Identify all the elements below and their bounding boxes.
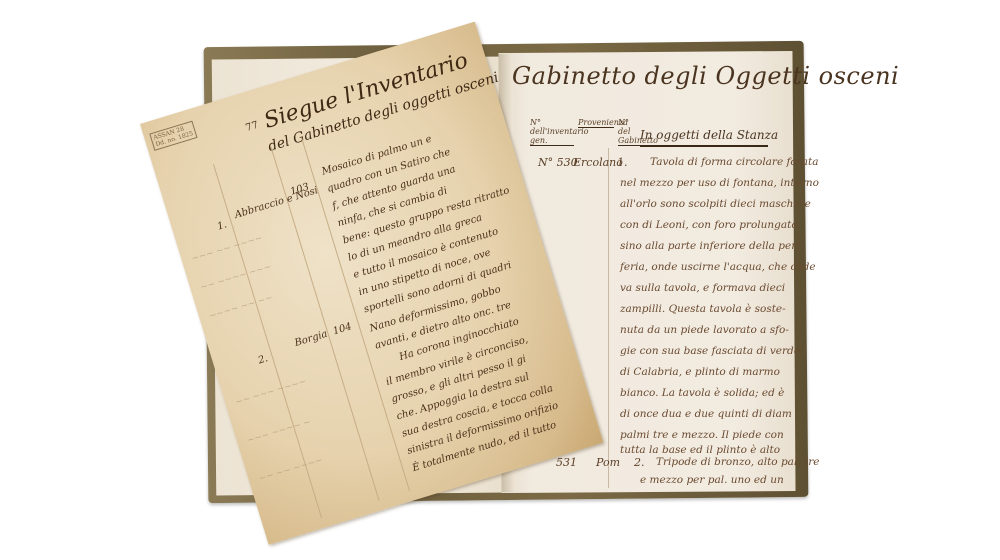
- text-line: bianco. La tavola è solida; ed è: [620, 387, 784, 399]
- entry-cabinet-no: 1.: [617, 156, 628, 169]
- page-number: 77: [244, 120, 259, 134]
- text-line: tutta la base ed il plinto è alto: [620, 444, 780, 456]
- entry-provenance: Borgia: [293, 329, 328, 349]
- faded-text: ~~ ~~~ ~~~~: [234, 377, 307, 408]
- section-heading: In oggetti della Stanza: [640, 128, 778, 142]
- text-line: con di Leoni, con foro prolungato: [620, 219, 798, 231]
- manuscripts-photo: Gabinetto degli Oggetti osceni N° dell'i…: [0, 0, 1000, 560]
- text-line: di Calabria, e plinto di marmo: [620, 366, 780, 378]
- column-header-inventory: N° dell'inventario gen.: [530, 118, 574, 146]
- archive-stamp: ASSAN 28 Dd. no. 1825: [149, 121, 197, 151]
- margin-rule: [608, 148, 609, 488]
- entry-number: N° 530: [538, 156, 578, 169]
- entry-index: 1.: [216, 219, 228, 232]
- faded-text: ~~~ ~~ ~~~~: [190, 233, 263, 264]
- entry-number: 531: [556, 456, 577, 469]
- faded-text: ~~ ~~~~ ~~~: [199, 262, 272, 293]
- text-line: zampilli. Questa tavola è soste-: [620, 303, 786, 315]
- entry-provenance: Ercolano: [573, 156, 623, 169]
- text-line: va sulla tavola, e formava dieci: [620, 282, 785, 294]
- text-line: nuta da un piede lavorato a sfo-: [620, 324, 789, 336]
- text-line: all'orlo sono scolpiti dieci maschere: [620, 198, 811, 210]
- faded-text: ~~~~ ~~ ~~: [208, 293, 274, 322]
- text-line: palmi tre e mezzo. Il piede con: [620, 429, 784, 441]
- text-line: feria, onde uscirne l'acqua, che cade: [620, 261, 816, 273]
- entry-provenance: Pom: [596, 456, 620, 469]
- faded-text: ~~ ~~ ~~~~: [258, 456, 324, 485]
- text-line: Tavola di forma circolare forata: [650, 156, 818, 168]
- text-line: gie con sua base fasciata di verde: [620, 345, 800, 357]
- faded-text: ~~~ ~~~~ ~: [246, 417, 312, 446]
- text-line: di once dua e due quinti di diam: [620, 408, 792, 420]
- entry-cabinet-no: 2.: [634, 456, 645, 469]
- text-line: Tripode di bronzo, alto pal. tre: [656, 456, 819, 468]
- text-line: e mezzo per pal. uno ed un: [640, 474, 784, 486]
- entry-index: 2.: [257, 353, 269, 366]
- entry-number: 104: [332, 321, 353, 337]
- text-line: sino alla parte inferiore della peri-: [620, 240, 803, 252]
- column-header-provenance: Provenienza: [578, 118, 614, 128]
- register-title: Gabinetto degli Oggetti osceni: [512, 62, 899, 90]
- text-line: nel mezzo per uso di fontana, intorno: [620, 177, 819, 189]
- heading-underline: [640, 145, 768, 147]
- column-header-cabinet: N° del Gabinetto: [618, 118, 640, 146]
